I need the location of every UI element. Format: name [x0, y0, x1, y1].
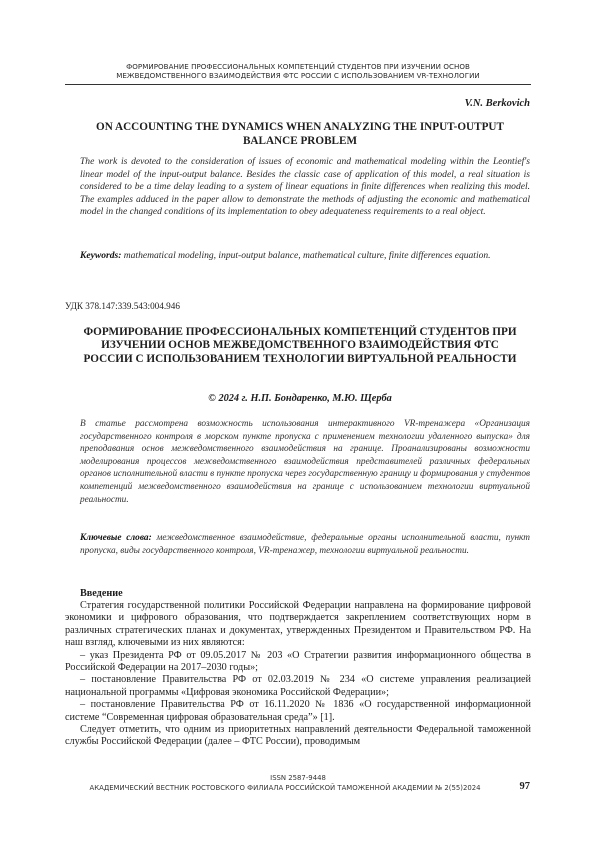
- russian-abstract: В статье рассмотрена возможность использ…: [80, 418, 530, 506]
- paragraph: Следует отметить, что одним из приоритет…: [65, 724, 531, 749]
- english-keywords-text: mathematical modeling, input-output bala…: [124, 250, 491, 261]
- list-item: – постановление Правительства РФ от 16.1…: [65, 699, 531, 724]
- english-keywords: Keywords: mathematical modeling, input-o…: [80, 250, 530, 263]
- udk-code: УДК 378.147:339.543:004.946: [65, 301, 180, 311]
- russian-keywords-label: Ключевые слова:: [80, 533, 152, 543]
- running-head-line-2: МЕЖВЕДОМСТВЕННОГО ВЗАИМОДЕЙСТВИЯ ФТС РОС…: [65, 71, 531, 80]
- running-head: ФОРМИРОВАНИЕ ПРОФЕССИОНАЛЬНЫХ КОМПЕТЕНЦИ…: [65, 62, 531, 80]
- russian-keywords: Ключевые слова: межведомственное взаимод…: [80, 532, 530, 557]
- footer-journal-title: АКАДЕМИЧЕСКИЙ ВЕСТНИК РОСТОВСКОГО ФИЛИАЛ…: [65, 784, 505, 792]
- journal-page: ФОРМИРОВАНИЕ ПРОФЕССИОНАЛЬНЫХ КОМПЕТЕНЦИ…: [0, 0, 600, 848]
- running-head-line-1: ФОРМИРОВАНИЕ ПРОФЕССИОНАЛЬНЫХ КОМПЕТЕНЦИ…: [65, 62, 531, 71]
- russian-title: ФОРМИРОВАНИЕ ПРОФЕССИОНАЛЬНЫХ КОМПЕТЕНЦИ…: [80, 326, 520, 366]
- russian-authors: © 2024 г. Н.П. Бондаренко, М.Ю. Щерба: [80, 393, 520, 404]
- section-heading-introduction: Введение: [80, 588, 123, 599]
- body-text: Стратегия государственной политики Росси…: [65, 600, 531, 749]
- english-abstract: The work is devoted to the consideration…: [80, 156, 530, 219]
- list-item: – указ Президента РФ от 09.05.2017 № 203…: [65, 650, 531, 675]
- header-divider: [65, 84, 531, 85]
- page-number: 97: [520, 781, 531, 792]
- list-item: – постановление Правительства РФ от 02.0…: [65, 674, 531, 699]
- footer-issn: ISSN 2587-9448: [65, 774, 531, 782]
- english-keywords-label: Keywords:: [80, 250, 121, 261]
- paragraph: Стратегия государственной политики Росси…: [65, 600, 531, 650]
- english-author: V.N. Berkovich: [465, 98, 530, 109]
- english-title: ON ACCOUNTING THE DYNAMICS WHEN ANALYZIN…: [80, 121, 520, 148]
